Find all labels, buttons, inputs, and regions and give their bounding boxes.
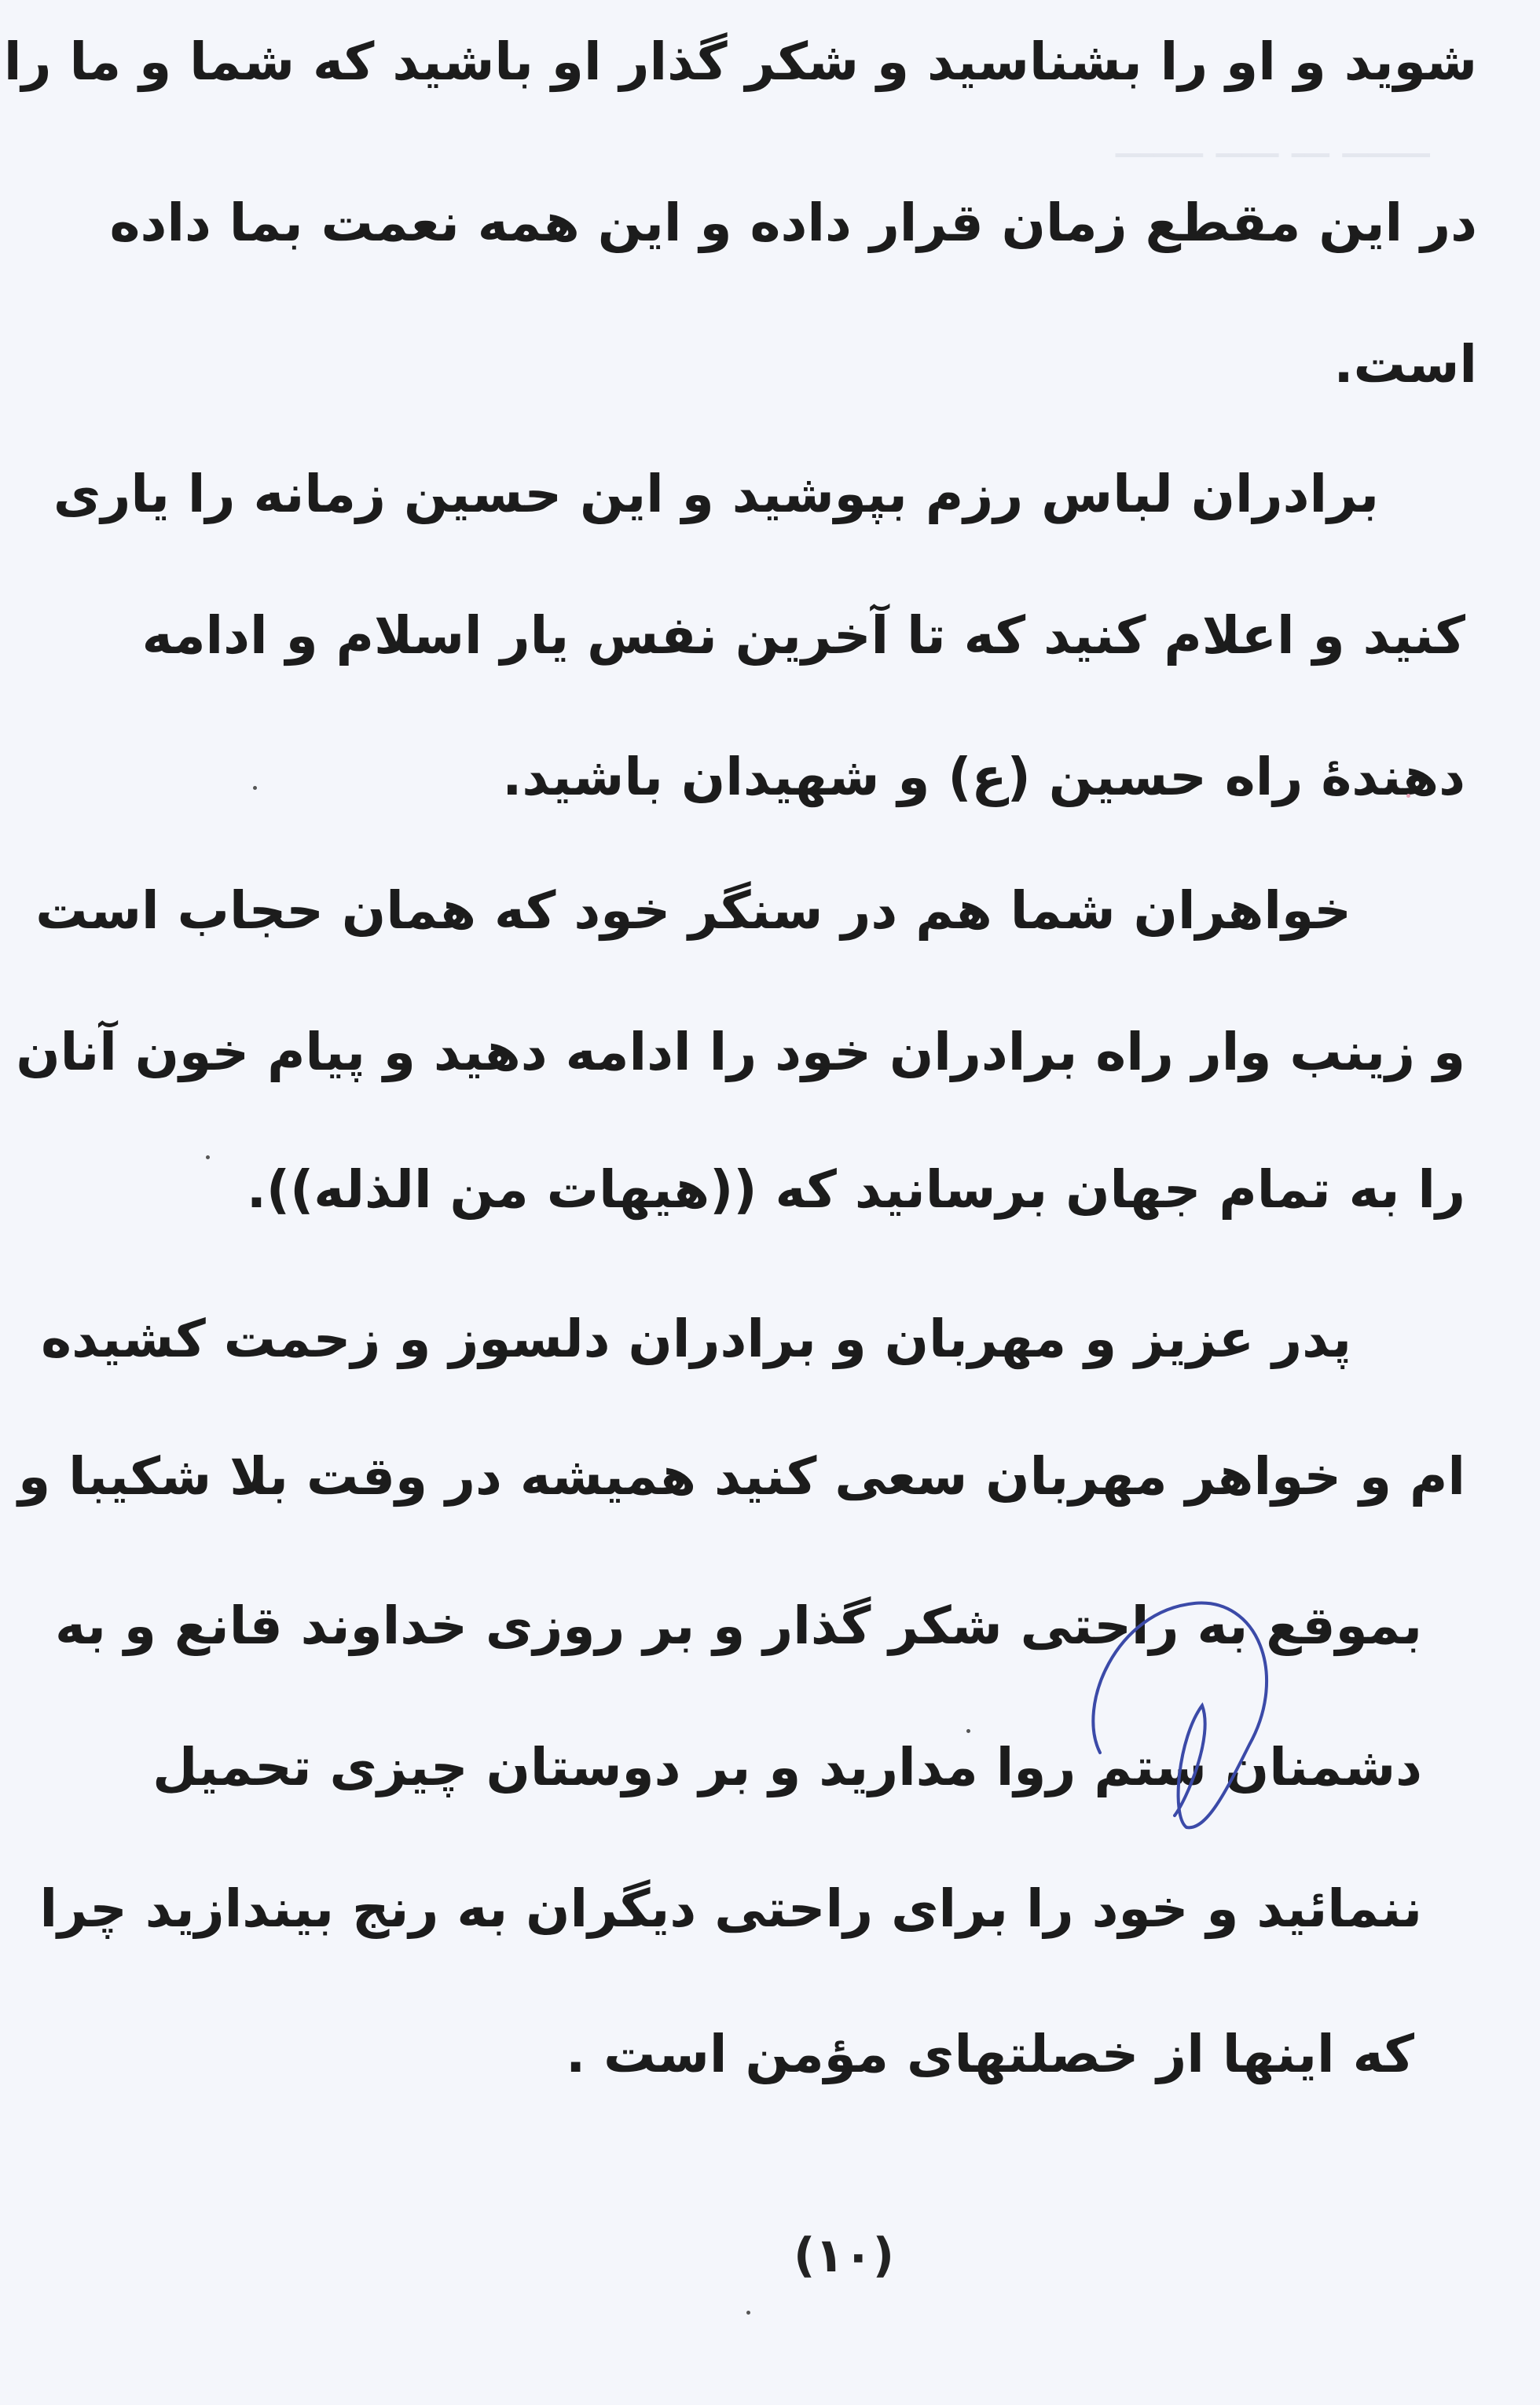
- scan-speck: [746, 2311, 750, 2315]
- text-line-14: ننمائید و خود را برای راحتی دیگران به رن…: [40, 1878, 1422, 1939]
- page-number: (۱۰): [794, 2228, 894, 2283]
- pen-scribble-mark: [1069, 1580, 1351, 1839]
- scan-speck: [253, 786, 257, 790]
- text-line-9: را به تمام جهان برسانید که ((هیهات من ال…: [247, 1159, 1465, 1220]
- text-line-15: که اینها از خصلتهای مؤمن است .: [566, 2024, 1414, 2084]
- text-line-8: و زینب وار راه برادران خود را ادامه دهید…: [16, 1022, 1465, 1082]
- text-line-3: است.: [1334, 334, 1477, 395]
- text-line-6: دهندهٔ راه حسین (ع) و شهیدان باشید.: [502, 747, 1465, 807]
- bleed-through-text: ـــــــ ـــــ ـــ ـــــــ: [1116, 118, 1430, 167]
- text-line-7: خواهران شما هم در سنگر خود که همان حجاب …: [35, 880, 1351, 941]
- text-line-4: برادران لباس رزم بپوشید و این حسین زمانه…: [53, 464, 1379, 524]
- text-line-1: شوید و او را بشناسید و شکر گذار او باشید…: [4, 31, 1477, 92]
- scan-speck: [206, 1155, 210, 1159]
- scan-speck: [966, 1729, 970, 1733]
- text-line-11: ام و خواهر مهربان سعی کنید همیشه در وقت …: [18, 1446, 1465, 1507]
- scanned-page: ـــــــ ـــــ ـــ ـــــــ شوید و او را ب…: [0, 0, 1540, 2405]
- text-line-10: پدر عزیز و مهربان و برادران دلسوز و زحمت…: [41, 1309, 1351, 1369]
- text-line-5: کنید و اعلام کنید که تا آخرین نفس یار اس…: [142, 605, 1465, 666]
- text-line-2: در این مقطع زمان قرار داده و این همه نعم…: [110, 193, 1478, 253]
- scan-speck: [1406, 794, 1410, 798]
